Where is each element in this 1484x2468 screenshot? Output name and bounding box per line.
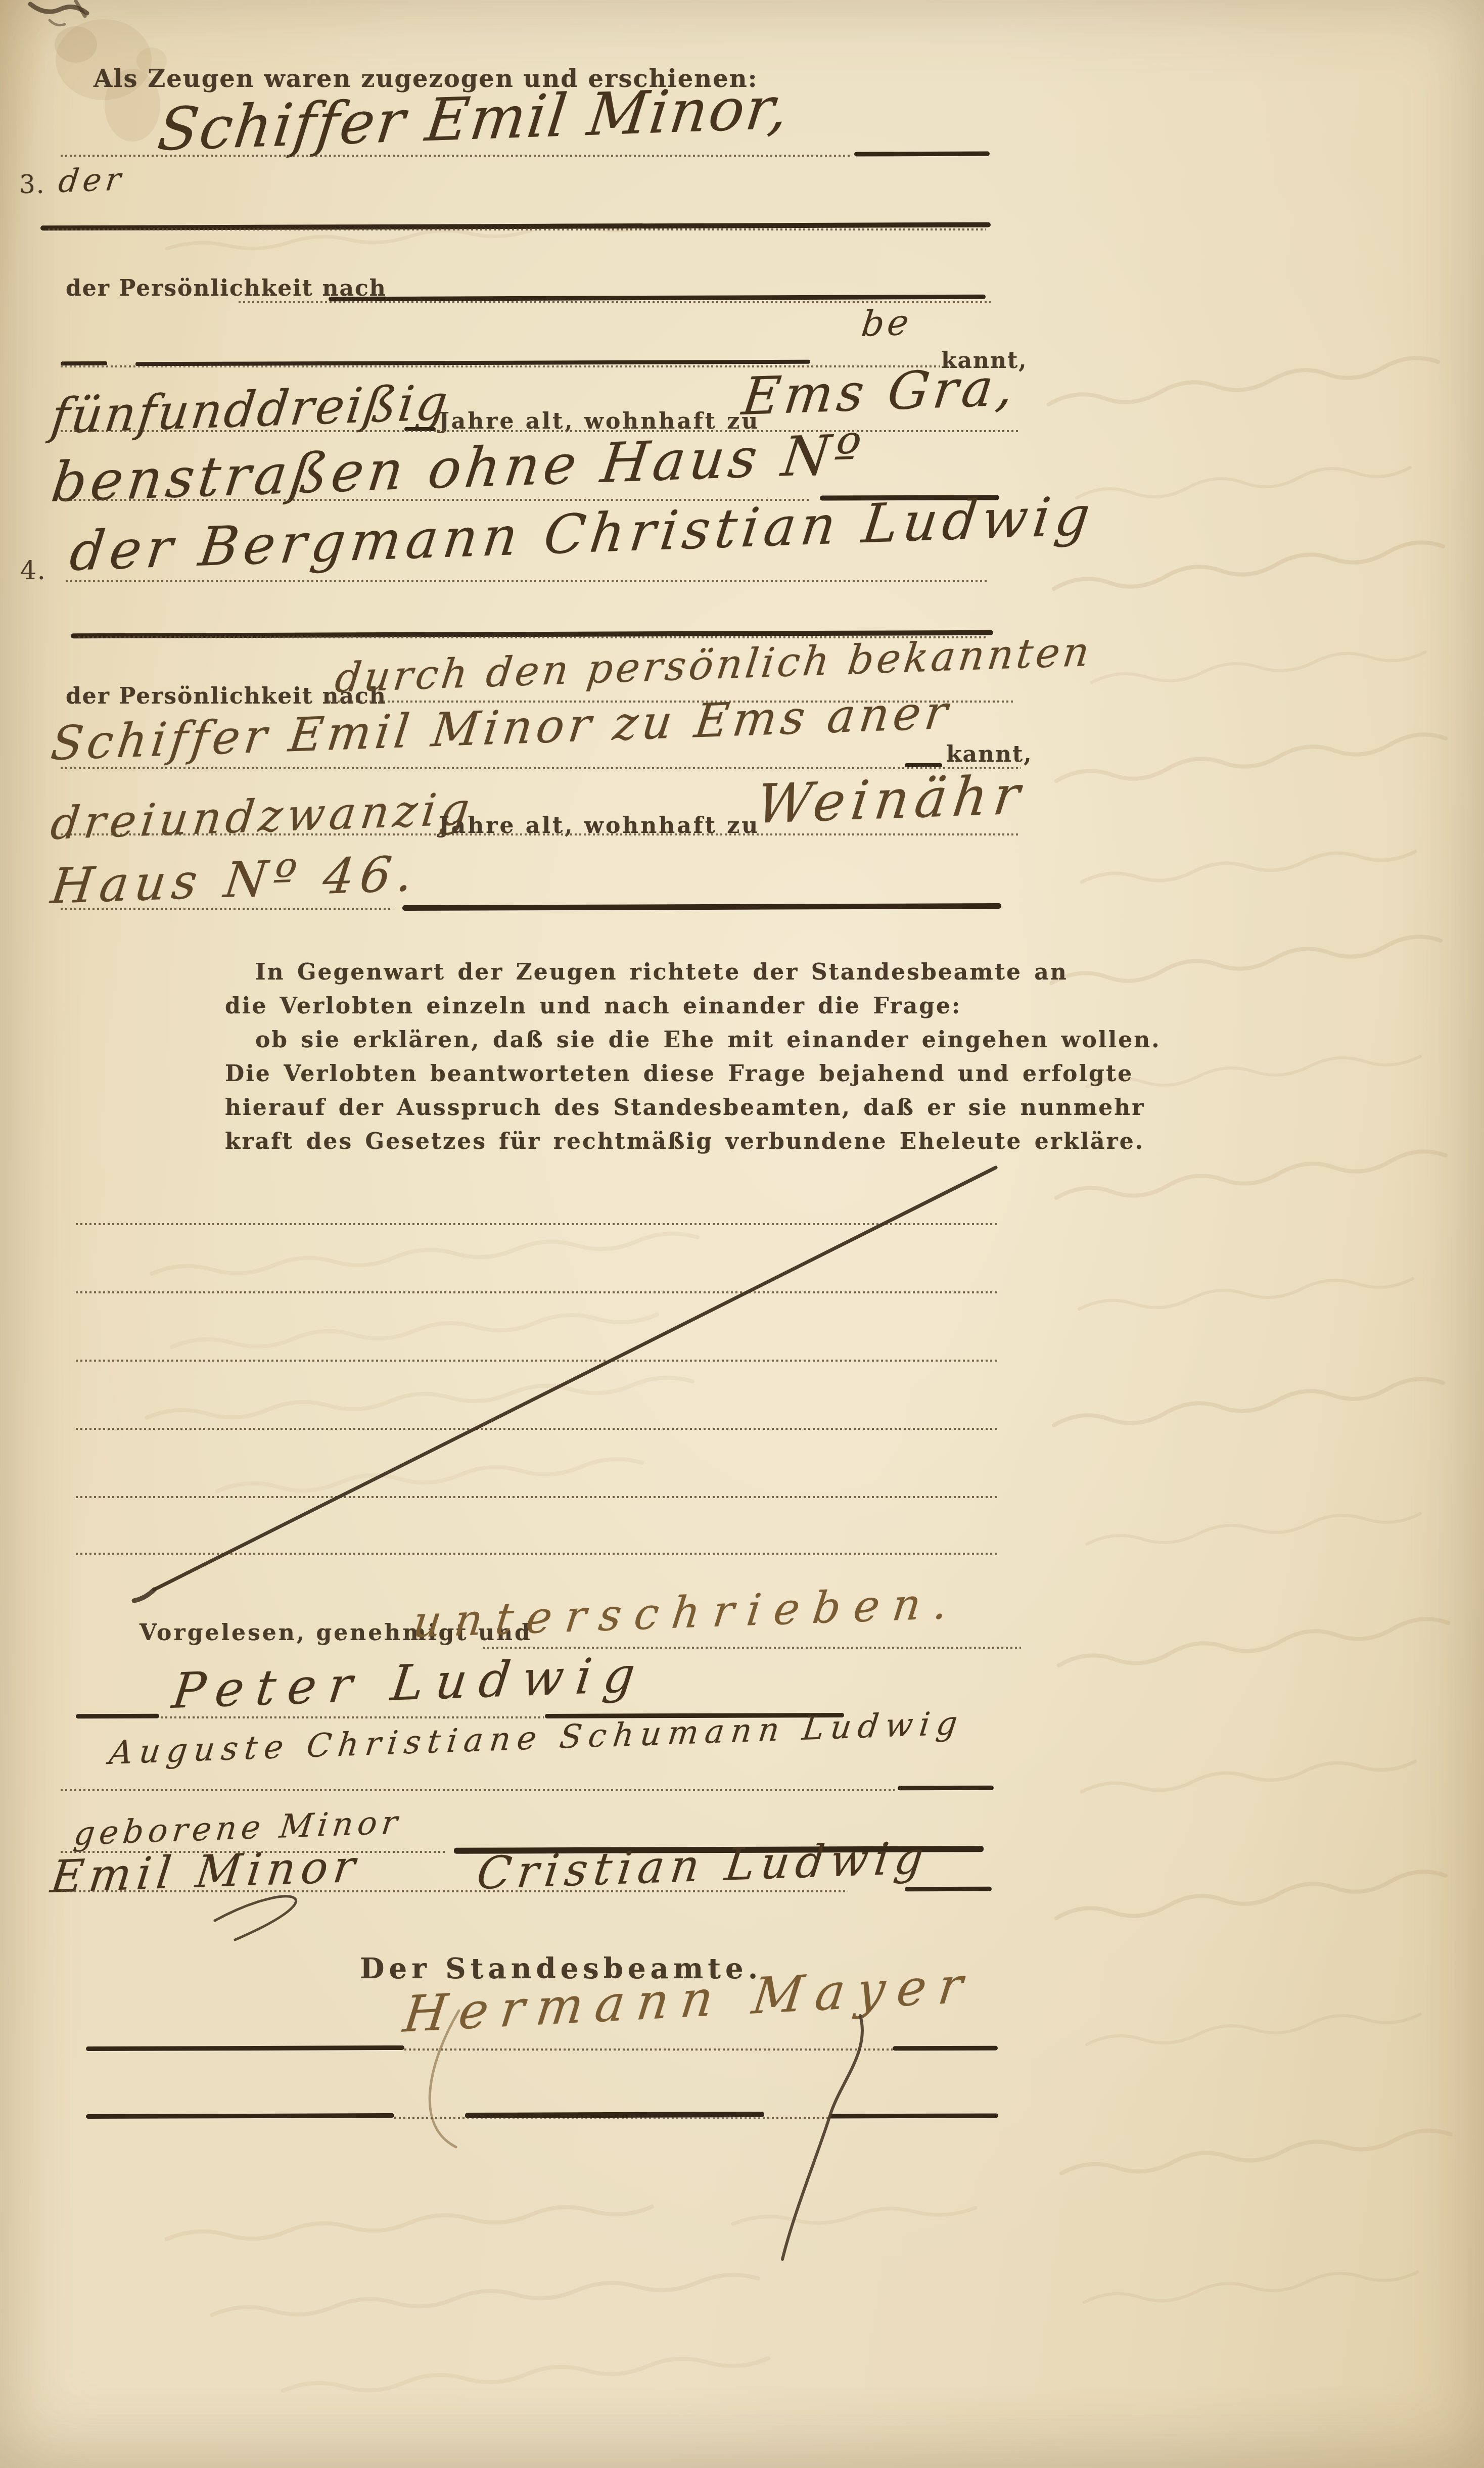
signature-flourish-witness1 — [215, 1896, 296, 1940]
registrar-signature-descender — [782, 2016, 862, 2259]
strike-diagonal — [154, 1168, 996, 1590]
strike-diagonal-end-serif — [134, 1590, 154, 1601]
register-page-scan: Als Zeugen waren zugezogen und erschiene… — [0, 0, 1484, 2468]
registrar-signature-loop — [430, 2011, 459, 2147]
ink-overlay-layer — [0, 0, 1484, 2468]
